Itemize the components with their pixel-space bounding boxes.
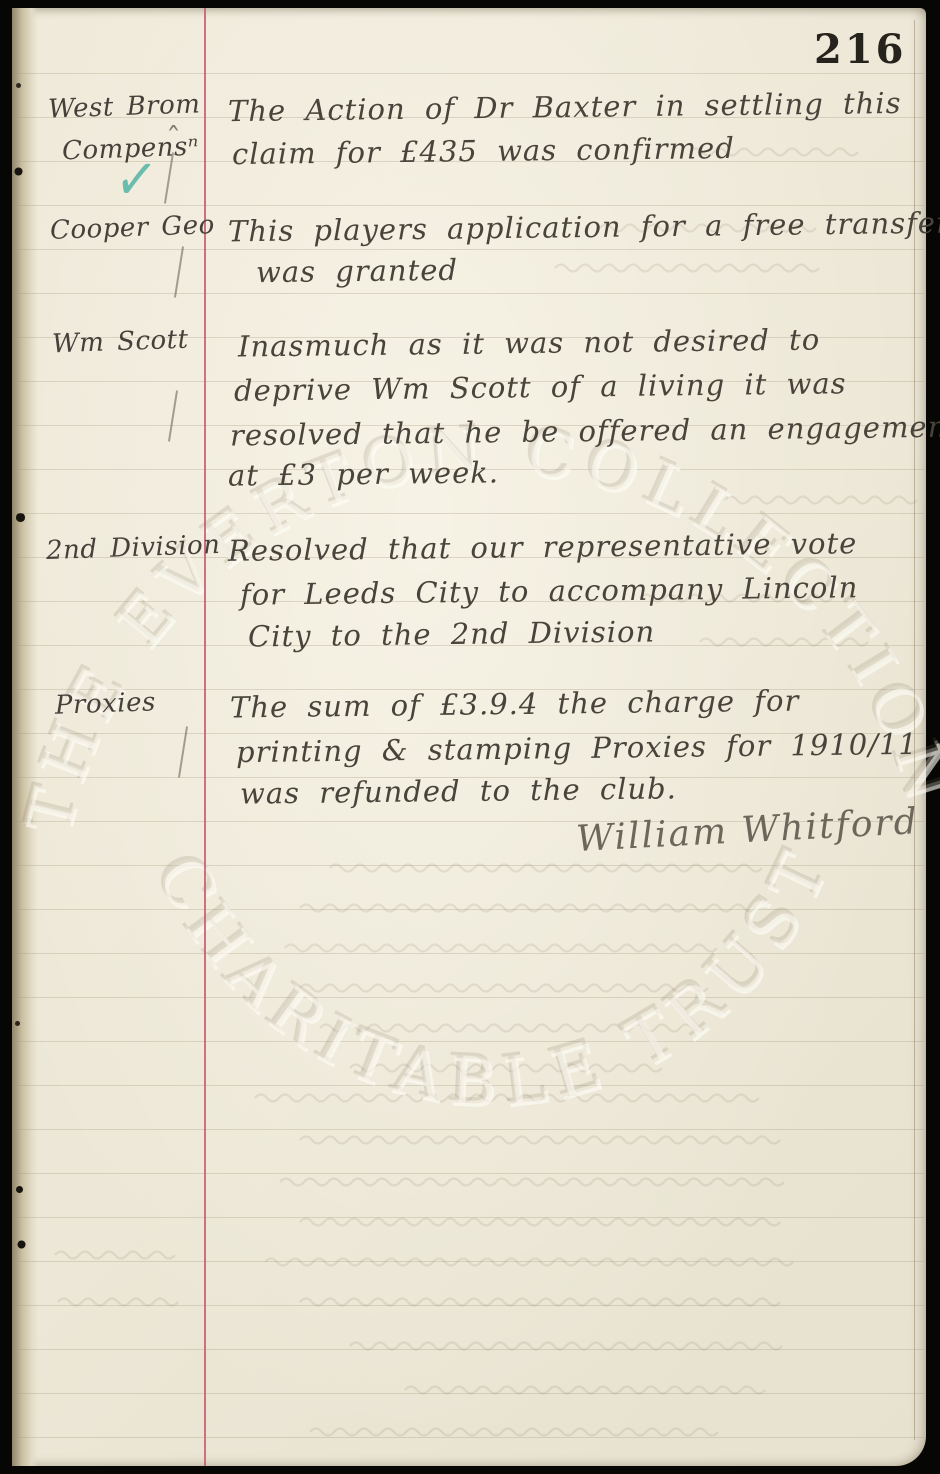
entry-body-line: was refunded to the club. (240, 771, 677, 810)
binding-specks (14, 0, 17, 3)
page-number: 216 (814, 26, 907, 73)
entry-body-line: The sum of £3.9.4 the charge for (230, 684, 800, 725)
entry-margin-label: Proxies (55, 687, 157, 720)
entry-margin-label: West Brom (48, 89, 201, 124)
entry-margin-label: 2nd Division (46, 530, 221, 566)
entry-body-line: was granted (256, 253, 458, 289)
entry-body-line: at £3 per week. (228, 455, 499, 492)
entry-body-line: claim for £435 was confirmed (232, 131, 735, 171)
entry-body-line: City to the 2nd Division (248, 615, 656, 654)
entry-body-line: Inasmuch as it was not desired to (238, 322, 821, 363)
entry-margin-label: Cooper Geo (50, 210, 216, 246)
entry-margin-label: Wm Scott (52, 325, 190, 360)
scanned-page: THE EVERTON COLLECTION THE EVERTON COLLE… (0, 0, 940, 1474)
